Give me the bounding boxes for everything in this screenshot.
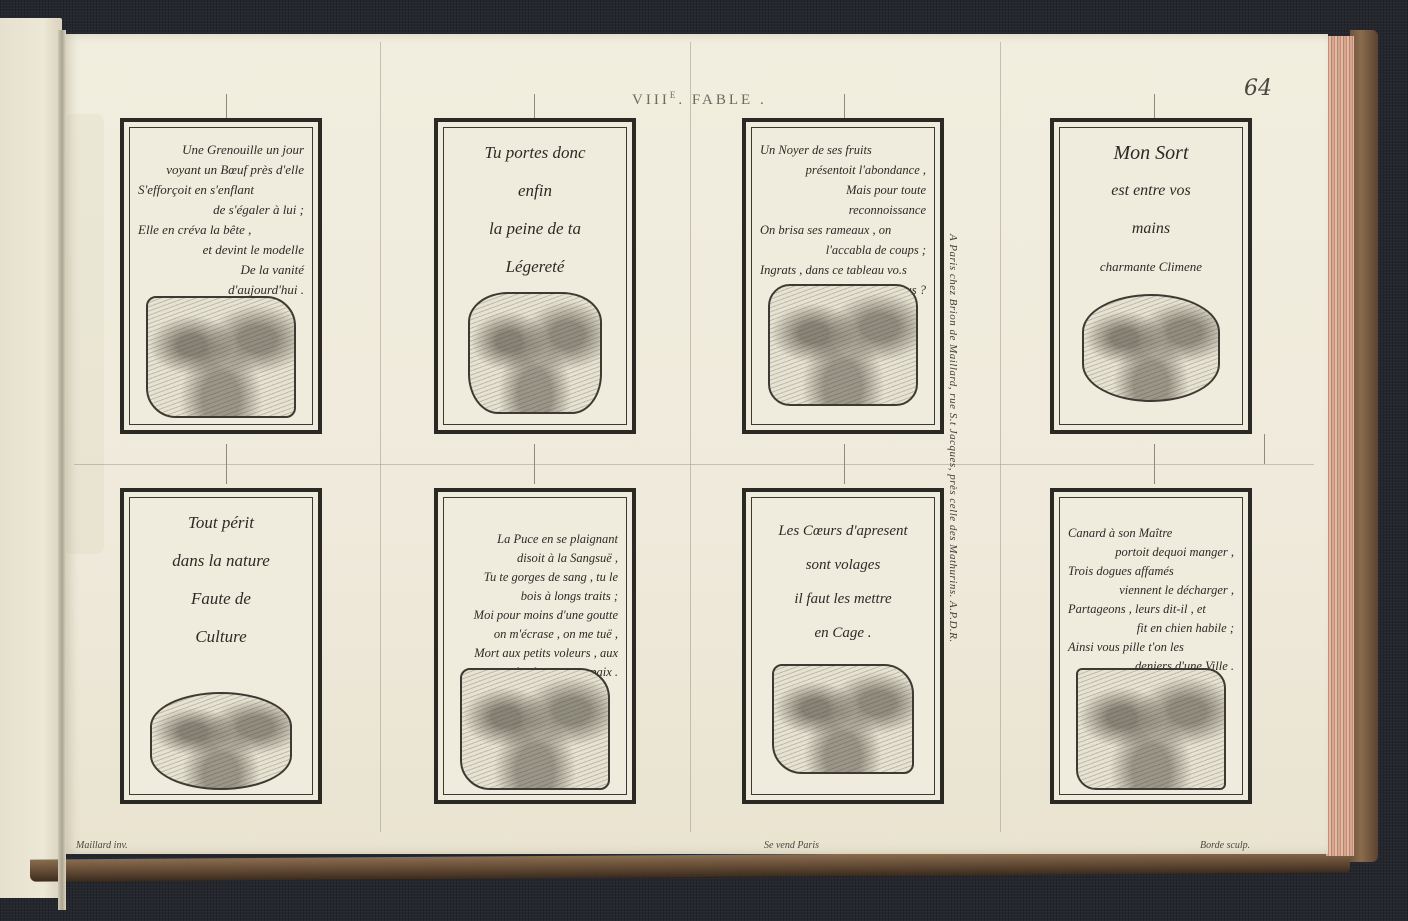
- card-verse: Les Cœurs d'apresent sont volages il fau…: [760, 514, 926, 650]
- book-page: VIIIE. FABLE . 64 A Paris chez Brion de …: [64, 34, 1328, 854]
- verse-line: fit en chien habile ;: [1068, 619, 1234, 638]
- verse-line: on m'écrase , on me tuë ,: [452, 625, 618, 644]
- card-verse: Mon Sort est entre vos mains charmante C…: [1068, 134, 1234, 286]
- verse-line: Mon Sort: [1068, 134, 1234, 172]
- verse-line: mains: [1068, 210, 1234, 248]
- fable-card-puce: La Puce en se plaignant disoit à la Sang…: [434, 488, 636, 804]
- fable-card-legerete: Tu portes donc enfin la peine de ta Lége…: [434, 118, 636, 434]
- card-verse: Une Grenouille un jour voyant un Bœuf pr…: [138, 140, 304, 300]
- verse-line: voyant un Bœuf près d'elle: [138, 160, 304, 180]
- page-fore-edge: [1326, 36, 1354, 856]
- verse-line: Tu portes donc: [452, 134, 618, 172]
- cut-mark: [226, 444, 227, 484]
- bird-and-basket-vignette: [1082, 294, 1220, 402]
- card-verse: Un Noyer de ses fruits présentoit l'abon…: [760, 140, 926, 300]
- fable-card-culture: Tout périt dans la nature Faute de Cultu…: [120, 488, 322, 804]
- verse-line: La Puce en se plaignant: [452, 530, 618, 549]
- verse-line: De la vanité: [138, 260, 304, 280]
- verse-line: Une Grenouille un jour: [138, 140, 304, 160]
- verse-line: Tout périt: [138, 504, 304, 542]
- page-number: 64: [1244, 76, 1272, 101]
- card-verse: Tu portes donc enfin la peine de ta Lége…: [452, 134, 618, 286]
- verse-line: Ainsi vous pille t'on les: [1068, 638, 1234, 657]
- offset-stain: [64, 114, 104, 554]
- verse-line: Tu te gorges de sang , tu le: [452, 568, 618, 587]
- verse-line: reconnoissance: [760, 200, 926, 220]
- publisher-imprint: A Paris chez Brion de Maillard, rue S.t …: [947, 234, 959, 714]
- fable-card-canard: Canard à son Maître portoit dequoi mange…: [1050, 488, 1252, 804]
- birdcage-hearts-vignette: [772, 664, 914, 774]
- watering-can-vignette: [150, 692, 292, 790]
- verse-line: et devint le modelle: [138, 240, 304, 260]
- left-page-edge: [0, 18, 62, 898]
- fable-card-frog: Une Grenouille un jour voyant un Bœuf pr…: [120, 118, 322, 434]
- verse-line: Culture: [138, 618, 304, 656]
- column-rule: [1000, 42, 1001, 832]
- verse-line: Canard à son Maître: [1068, 524, 1234, 543]
- running-title-numeral: VIII: [632, 92, 670, 108]
- card-verse: Canard à son Maître portoit dequoi mange…: [1068, 524, 1234, 676]
- verse-line: Mais pour toute: [760, 180, 926, 200]
- fable-card-climene: Mon Sort est entre vos mains charmante C…: [1050, 118, 1252, 434]
- verse-line: S'efforçoit en s'enflant: [138, 180, 304, 200]
- card-verse: La Puce en se plaignant disoit à la Sang…: [452, 530, 618, 682]
- verse-line: en Cage .: [760, 616, 926, 650]
- verse-line: de s'égaler à lui ;: [138, 200, 304, 220]
- verse-line: Ingrats , dans ce tableau vo.s: [760, 260, 926, 280]
- card-verse: Tout périt dans la nature Faute de Cultu…: [138, 504, 304, 656]
- tree-on-pedestal-vignette: [468, 292, 602, 414]
- verse-line: Mort aux petits voleurs , aux: [452, 644, 618, 663]
- running-title-text: . FABLE .: [678, 92, 766, 108]
- verse-line: sont volages: [760, 548, 926, 582]
- verse-line: Partageons , leurs dit-il , et: [1068, 600, 1234, 619]
- credit-designer: Maillard inv.: [76, 840, 128, 851]
- running-title: VIIIE. FABLE .: [632, 90, 767, 109]
- verse-line: dans la nature: [138, 542, 304, 580]
- verse-line: charmante Climene: [1068, 248, 1234, 286]
- verse-line: Elle en créva la bête ,: [138, 220, 304, 240]
- verse-line: la peine de ta: [452, 210, 618, 248]
- verse-line: On brisa ses rameaux , on: [760, 220, 926, 240]
- verse-line: enfin: [452, 172, 618, 210]
- verse-line: l'accabla de coups ;: [760, 240, 926, 260]
- verse-line: Moi pour moins d'une goutte: [452, 606, 618, 625]
- cut-mark: [844, 444, 845, 484]
- cut-mark: [1264, 434, 1265, 464]
- fable-card-cage: Les Cœurs d'apresent sont volages il fau…: [742, 488, 944, 804]
- fable-card-noyer: Un Noyer de ses fruits présentoit l'abon…: [742, 118, 944, 434]
- verse-line: Un Noyer de ses fruits: [760, 140, 926, 160]
- cut-mark: [1154, 444, 1155, 484]
- verse-line: est entre vos: [1068, 172, 1234, 210]
- verse-line: disoit à la Sangsuë ,: [452, 549, 618, 568]
- verse-line: viennent le décharger ,: [1068, 581, 1234, 600]
- verse-line: portoit dequoi manger ,: [1068, 543, 1234, 562]
- verse-line: il faut les mettre: [760, 582, 926, 616]
- credit-engraver: Borde sculp.: [1200, 840, 1250, 851]
- credit-seller: Se vend Paris: [764, 840, 819, 851]
- verse-line: bois à longs traits ;: [452, 587, 618, 606]
- dogs-vignette: [1076, 668, 1226, 790]
- column-rule: [690, 42, 691, 832]
- book-gutter: [58, 30, 66, 910]
- landscape-leech-vignette: [460, 668, 610, 790]
- column-rule: [380, 42, 381, 832]
- verse-line: Les Cœurs d'apresent: [760, 514, 926, 548]
- cut-mark: [534, 444, 535, 484]
- verse-line: Trois dogues affamés: [1068, 562, 1234, 581]
- frog-and-ox-vignette: [146, 296, 296, 418]
- walnut-tree-beaten-vignette: [768, 284, 918, 406]
- book-cover-right: [1350, 30, 1378, 862]
- row-rule: [74, 464, 1314, 465]
- verse-line: Faute de: [138, 580, 304, 618]
- verse-line: Légereté: [452, 248, 618, 286]
- verse-line: présentoit l'abondance ,: [760, 160, 926, 180]
